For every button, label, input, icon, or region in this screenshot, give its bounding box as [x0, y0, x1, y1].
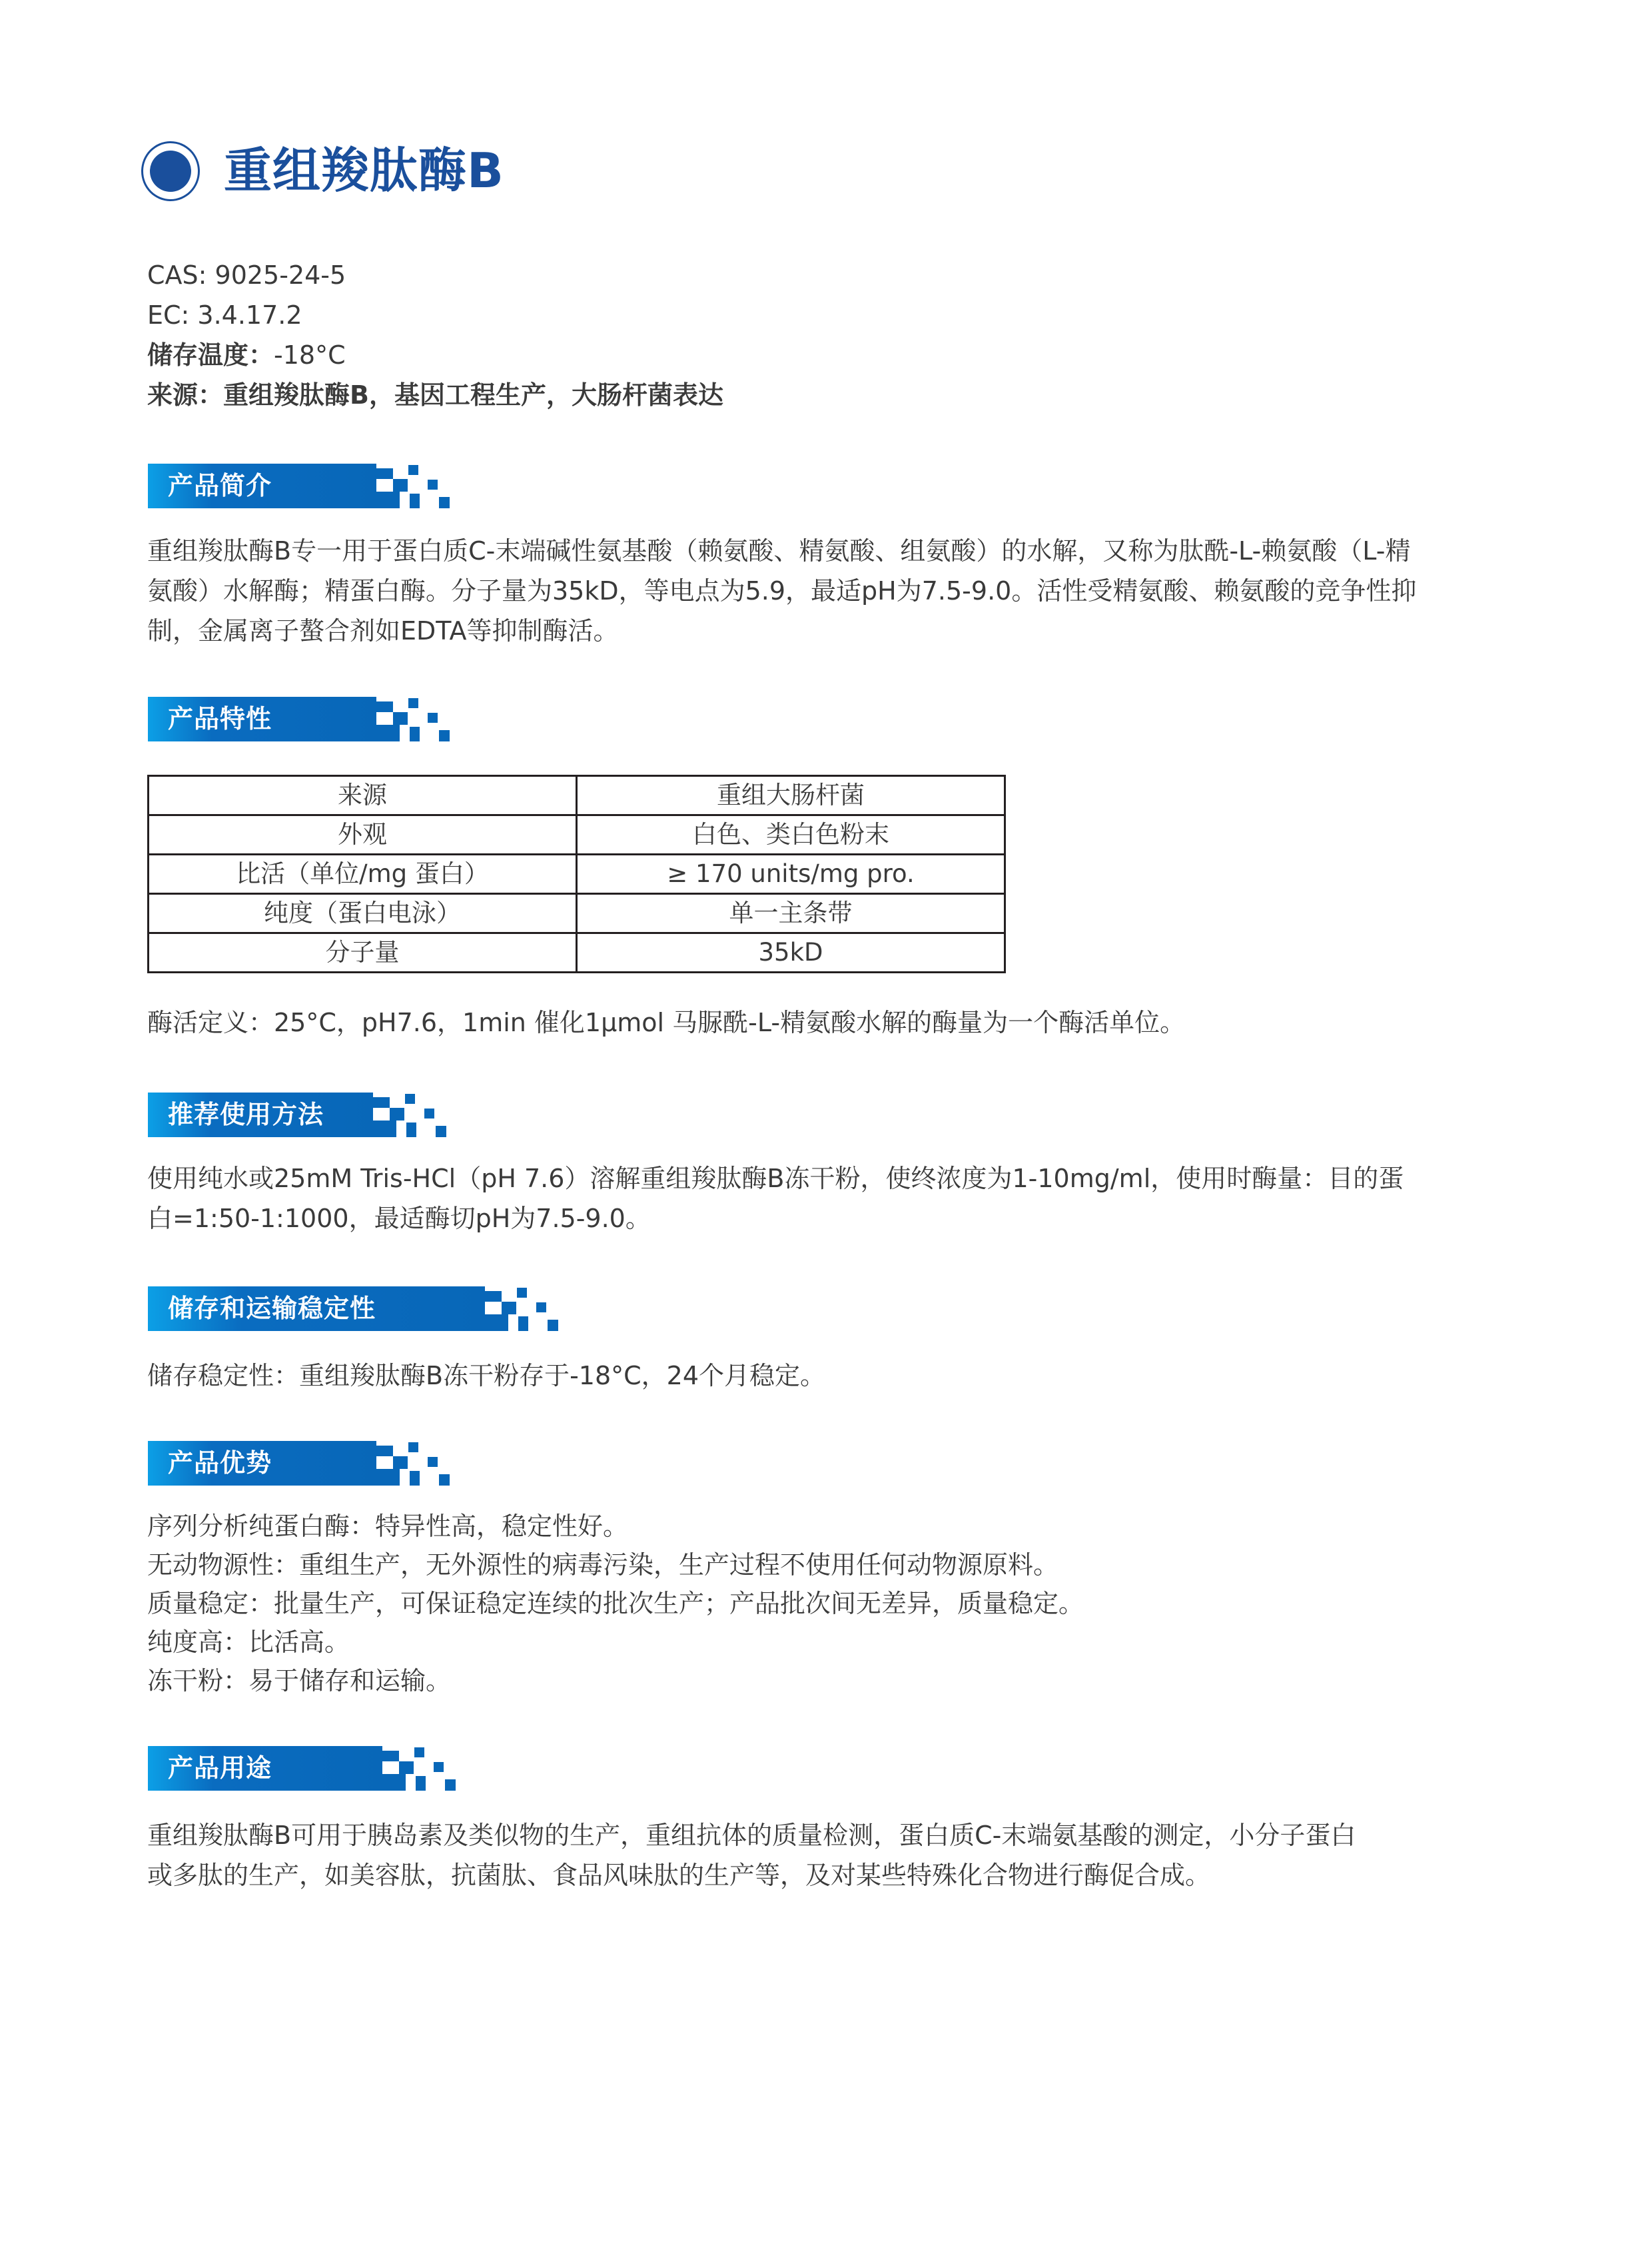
table-row: 外观 白色、类白色粉末: [149, 815, 1005, 855]
decor-square-icon: [405, 1094, 415, 1104]
spec-table: 来源 重组大肠杆菌 外观 白色、类白色粉末 比活（单位/mg 蛋白） ≥ 170…: [147, 775, 1006, 973]
decor-square-icon: [408, 698, 418, 708]
decor-square-icon: [536, 1302, 546, 1312]
decor-square-icon: [485, 1314, 508, 1331]
decor-square-icon: [393, 1456, 408, 1469]
decor-square-icon: [376, 701, 393, 712]
storage-value: -18°C: [274, 340, 346, 370]
table-row: 来源 重组大肠杆菌: [149, 776, 1005, 815]
section-heading: 产品优势: [168, 1441, 272, 1486]
decor-square-icon: [439, 497, 450, 508]
decor-square-icon: [428, 480, 438, 490]
decor-square-icon: [439, 1474, 450, 1486]
section-heading: 产品特性: [168, 697, 272, 741]
decor-square-icon: [376, 468, 393, 479]
list-item: 纯度高：比活高。: [147, 1623, 1519, 1661]
usage-paragraph: 使用纯水或25mM Tris-HCl（pH 7.6）溶解重组羧肽酶B冻干粉，使终…: [147, 1158, 1519, 1238]
title-bullet-dot-icon: [150, 151, 191, 192]
activity-definition: 酶活定义：25°C，pH7.6，1min 催化1μmol 马脲酰-L-精氨酸水解…: [147, 1003, 1519, 1043]
source-label: 来源：: [147, 380, 223, 410]
decor-square-icon: [424, 1109, 434, 1119]
decor-square-icon: [408, 465, 418, 475]
decor-square-icon: [393, 479, 408, 492]
table-cell-value: ≥ 170 units/mg pro.: [577, 855, 1005, 894]
decor-square-icon: [436, 1126, 446, 1137]
decor-square-icon: [410, 494, 420, 508]
decor-square-icon: [406, 1122, 416, 1137]
paragraph-line: 酶活定义：25°C，pH7.6，1min 催化1μmol 马脲酰-L-精氨酸水解…: [147, 1003, 1519, 1043]
decor-square-icon: [485, 1291, 502, 1302]
table-cell-label: 外观: [149, 815, 577, 855]
decor-square-icon: [548, 1320, 558, 1331]
table-cell-value: 重组大肠杆菌: [577, 776, 1005, 815]
table-row: 分子量 35kD: [149, 933, 1005, 973]
decor-square-icon: [376, 492, 400, 508]
table-row: 比活（单位/mg 蛋白） ≥ 170 units/mg pro.: [149, 855, 1005, 894]
decor-square-icon: [416, 1776, 426, 1791]
decor-square-icon: [393, 712, 408, 725]
source-info: 来源：重组羧肽酶B，基因工程生产，大肠杆菌表达: [147, 376, 723, 414]
table-cell-label: 纯度（蛋白电泳）: [149, 894, 577, 933]
table-cell-label: 分子量: [149, 933, 577, 973]
decor-square-icon: [517, 1288, 527, 1298]
list-item: 无动物源性：重组生产，无外源性的病毒污染，生产过程不使用任何动物源原料。: [147, 1546, 1519, 1584]
decor-square-icon: [445, 1779, 456, 1791]
decor-square-icon: [408, 1442, 418, 1452]
decor-square-icon: [518, 1316, 528, 1331]
table-cell-value: 35kD: [577, 933, 1005, 973]
section-heading: 产品简介: [168, 464, 272, 508]
decor-square-icon: [399, 1761, 414, 1774]
decor-square-icon: [428, 713, 438, 723]
list-item: 质量稳定：批量生产，可保证稳定连续的批次生产；产品批次间无差异，质量稳定。: [147, 1584, 1519, 1623]
stability-paragraph: 储存稳定性：重组羧肽酶B冻干粉存于-18°C，24个月稳定。: [147, 1356, 1519, 1396]
paragraph-line: 氨酸）水解酶；精蛋白酶。分子量为35kD，等电点为5.9，最适pH为7.5-9.…: [147, 571, 1519, 611]
decor-square-icon: [390, 1108, 404, 1121]
decor-square-icon: [434, 1762, 444, 1772]
paragraph-line: 储存稳定性：重组羧肽酶B冻干粉存于-18°C，24个月稳定。: [147, 1356, 1519, 1396]
section-heading: 产品用途: [168, 1746, 272, 1791]
table-cell-value: 单一主条带: [577, 894, 1005, 933]
paragraph-line: 使用纯水或25mM Tris-HCl（pH 7.6）溶解重组羧肽酶B冻干粉，使终…: [147, 1158, 1519, 1198]
decor-square-icon: [373, 1097, 390, 1108]
list-item: 序列分析纯蛋白酶：特异性高，稳定性好。: [147, 1507, 1519, 1546]
ec-number: EC: 3.4.17.2: [147, 296, 302, 334]
paragraph-line: 或多肽的生产，如美容肽，抗菌肽、食品风味肽的生产等，及对某些特殊化合物进行酶促合…: [147, 1855, 1519, 1895]
paragraph-line: 重组羧肽酶B可用于胰岛素及类似物的生产，重组抗体的质量检测，蛋白质C-末端氨基酸…: [147, 1815, 1519, 1855]
decor-square-icon: [382, 1751, 399, 1761]
decor-square-icon: [376, 1446, 393, 1456]
page-title: 重组羧肽酶B: [224, 139, 504, 203]
table-cell-label: 来源: [149, 776, 577, 815]
decor-square-icon: [382, 1774, 406, 1791]
paragraph-line: 制，金属离子螯合剂如EDTA等抑制酶活。: [147, 611, 1519, 651]
decor-square-icon: [439, 730, 450, 741]
decor-square-icon: [410, 1471, 420, 1486]
decor-square-icon: [376, 1469, 400, 1486]
paragraph-line: 重组羧肽酶B专一用于蛋白质C-末端碱性氨基酸（赖氨酸、精氨酸、组氨酸）的水解，又…: [147, 531, 1519, 571]
decor-square-icon: [376, 725, 400, 741]
table-cell-label: 比活（单位/mg 蛋白）: [149, 855, 577, 894]
decor-square-icon: [410, 727, 420, 741]
storage-label: 储存温度：: [147, 340, 274, 370]
decor-square-icon: [502, 1302, 516, 1314]
decor-square-icon: [373, 1121, 396, 1137]
section-heading: 推荐使用方法: [168, 1093, 324, 1137]
applications-paragraph: 重组羧肽酶B可用于胰岛素及类似物的生产，重组抗体的质量检测，蛋白质C-末端氨基酸…: [147, 1815, 1519, 1895]
table-row: 纯度（蛋白电泳） 单一主条带: [149, 894, 1005, 933]
decor-square-icon: [428, 1457, 438, 1467]
source-value: 重组羧肽酶B，基因工程生产，大肠杆菌表达: [223, 380, 723, 410]
decor-square-icon: [414, 1747, 424, 1757]
list-item: 冻干粉：易于储存和运输。: [147, 1661, 1519, 1700]
table-cell-value: 白色、类白色粉末: [577, 815, 1005, 855]
paragraph-line: 白=1:50-1:1000，最适酶切pH为7.5-9.0。: [147, 1198, 1519, 1238]
section-heading: 储存和运输稳定性: [168, 1286, 376, 1331]
storage-temperature: 储存温度：-18°C: [147, 336, 346, 374]
intro-paragraph: 重组羧肽酶B专一用于蛋白质C-末端碱性氨基酸（赖氨酸、精氨酸、组氨酸）的水解，又…: [147, 531, 1519, 651]
cas-number: CAS: 9025-24-5: [147, 256, 346, 294]
advantages-list: 序列分析纯蛋白酶：特异性高，稳定性好。 无动物源性：重组生产，无外源性的病毒污染…: [147, 1507, 1519, 1700]
